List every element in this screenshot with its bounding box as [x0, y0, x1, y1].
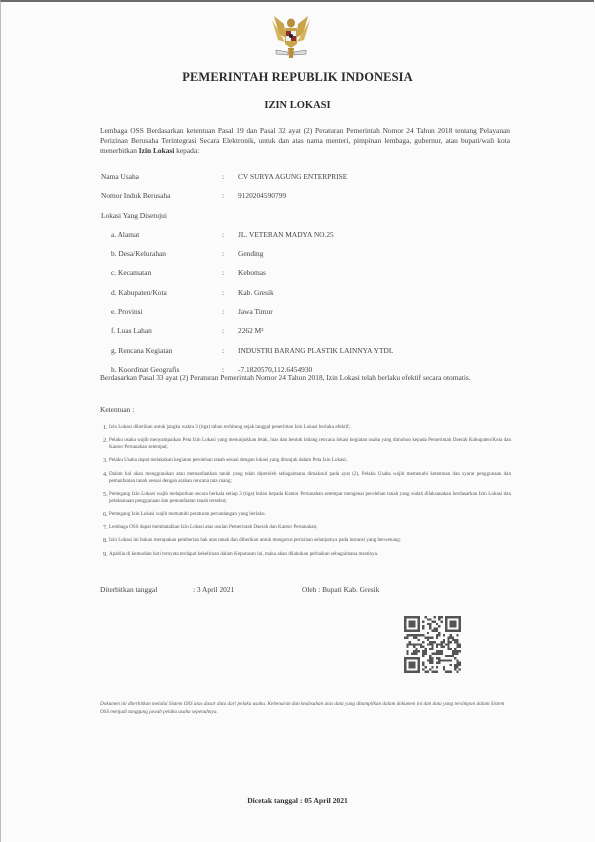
field-row: Nomor Induk Berusaha:9120204590799	[101, 191, 521, 210]
field-value: JL. VETERAN MADYA NO.25	[238, 230, 334, 239]
ketentuan-number: 6.	[103, 511, 108, 518]
field-label: b. Desa/Kelurahan	[111, 249, 166, 258]
permit-fields: Nama Usaha:CV SURYA AGUNG ENTERPRISENomo…	[101, 172, 521, 384]
government-title: PEMERINTAH REPUBLIK INDONESIA	[0, 70, 595, 85]
ketentuan-text: Pelaku usaha wajib menyampaikan Peta Izi…	[109, 437, 511, 450]
field-label: e. Provinsi	[111, 307, 143, 316]
ketentuan-text: Lembaga OSS dapat membatalkan Izin Lokas…	[109, 524, 318, 530]
field-colon: :	[222, 346, 224, 355]
disclaimer: Dokumen ini diterbitkan melalui Sistem O…	[100, 700, 510, 716]
ketentuan-title: Ketentuan :	[100, 405, 134, 414]
field-value: Gending	[238, 249, 263, 258]
field-colon: :	[222, 191, 224, 200]
field-row: d. Kabupaten/Kota:Kab. Gresik	[101, 288, 521, 307]
qr-code-icon	[404, 616, 461, 673]
ketentuan-list: 1.Izin Lokasi diberikan untuk jangka wak…	[103, 424, 511, 564]
field-colon: :	[222, 307, 224, 316]
intro-bold: Izin Lokasi	[139, 146, 175, 155]
field-value: INDUSTRI BARANG PLASTIK LAINNYA YTDL	[238, 346, 393, 355]
field-value: Kab. Gresik	[238, 288, 274, 297]
ketentuan-item: 1.Izin Lokasi diberikan untuk jangka wak…	[103, 424, 511, 431]
ketentuan-text: Pelaku Usaha dapat melakukan kegiatan pe…	[109, 457, 347, 463]
field-label: a. Alamat	[111, 230, 139, 239]
field-label: d. Kabupaten/Kota	[111, 288, 167, 297]
ketentuan-item: 6.Pemegang Izin Lokasi wajib mematuhi pe…	[103, 511, 511, 518]
field-row: g. Rencana Kegiatan:INDUSTRI BARANG PLAS…	[101, 346, 521, 365]
field-row: f. Luas Lahan:2262 M²	[101, 326, 521, 345]
effective-statement: Berdasarkan Pasal 33 ayat (2) Peraturan …	[100, 373, 510, 383]
ketentuan-item: 8.Izin Lokasi ini bukan merupakan pember…	[103, 537, 511, 544]
field-label: Lokasi Yang Disetujui	[101, 211, 167, 220]
ketentuan-number: 2.	[103, 437, 108, 444]
field-row: Nama Usaha:CV SURYA AGUNG ENTERPRISE	[101, 172, 521, 191]
field-label: f. Luas Lahan	[111, 326, 152, 335]
ketentuan-text: Apabila di kemudian hari ternyata terdap…	[109, 551, 378, 557]
field-colon: :	[222, 268, 224, 277]
ketentuan-number: 4.	[103, 471, 108, 478]
field-row: c. Kecamatan:Kebomas	[101, 268, 521, 287]
issued-date: : 3 April 2021	[193, 585, 234, 594]
ketentuan-number: 9.	[103, 551, 108, 558]
ketentuan-item: 9.Apabila di kemudian hari ternyata terd…	[103, 551, 511, 558]
field-value: Kebomas	[238, 268, 266, 277]
ketentuan-text: Pemegang Izin Lokasi wajib melaporkan se…	[109, 491, 511, 504]
field-row: Lokasi Yang Disetujui	[101, 211, 521, 230]
field-colon: :	[222, 326, 224, 335]
ketentuan-number: 8.	[103, 537, 108, 544]
ketentuan-text: Izin Lokasi diberikan untuk jangka waktu…	[109, 424, 350, 430]
issued-by: Oleh : Bupati Kab. Gresik	[302, 585, 379, 594]
field-row: b. Desa/Kelurahan:Gending	[101, 249, 521, 268]
ketentuan-item: 2.Pelaku usaha wajib menyampaikan Peta I…	[103, 437, 511, 451]
ketentuan-number: 3.	[103, 457, 108, 464]
intro-text-end: kepada:	[174, 146, 199, 155]
ketentuan-text: Dalam hal akan menggunakan atau memanfaa…	[109, 471, 511, 484]
ketentuan-text: Pemegang Izin Lokasi wajib mematuhi pera…	[109, 511, 266, 517]
garuda-emblem-icon	[266, 10, 316, 62]
intro-paragraph: Lembaga OSS Berdasarkan ketentuan Pasal …	[100, 126, 510, 156]
ketentuan-number: 5.	[103, 491, 108, 498]
ketentuan-item: 7.Lembaga OSS dapat membatalkan Izin Lok…	[103, 524, 511, 531]
field-value: Jawa Timur	[238, 307, 273, 316]
ketentuan-number: 7.	[103, 524, 108, 531]
printed-date: Dicetak tanggal : 05 April 2021	[0, 796, 595, 805]
field-value: 9120204590799	[238, 191, 286, 200]
field-row: e. Provinsi:Jawa Timur	[101, 307, 521, 326]
field-value: 2262 M²	[238, 326, 263, 335]
field-colon: :	[222, 288, 224, 297]
ketentuan-item: 3.Pelaku Usaha dapat melakukan kegiatan …	[103, 457, 511, 464]
field-colon: :	[222, 249, 224, 258]
ketentuan-text: Izin Lokasi ini bukan merupakan pemberia…	[109, 537, 401, 543]
ketentuan-item: 4.Dalam hal akan menggunakan atau memanf…	[103, 471, 511, 485]
issued-label: Diterbitkan tanggal	[100, 585, 157, 594]
field-colon: :	[222, 230, 224, 239]
field-colon: :	[222, 172, 224, 181]
field-label: g. Rencana Kegiatan	[111, 346, 172, 355]
field-value: CV SURYA AGUNG ENTERPRISE	[238, 172, 347, 181]
ketentuan-item: 5.Pemegang Izin Lokasi wajib melaporkan …	[103, 491, 511, 505]
field-label: Nomor Induk Berusaha	[101, 191, 170, 200]
ketentuan-number: 1.	[103, 424, 108, 431]
field-row: a. Alamat:JL. VETERAN MADYA NO.25	[101, 230, 521, 249]
field-label: c. Kecamatan	[111, 268, 151, 277]
document-title: IZIN LOKASI	[0, 100, 595, 111]
field-label: Nama Usaha	[101, 172, 139, 181]
